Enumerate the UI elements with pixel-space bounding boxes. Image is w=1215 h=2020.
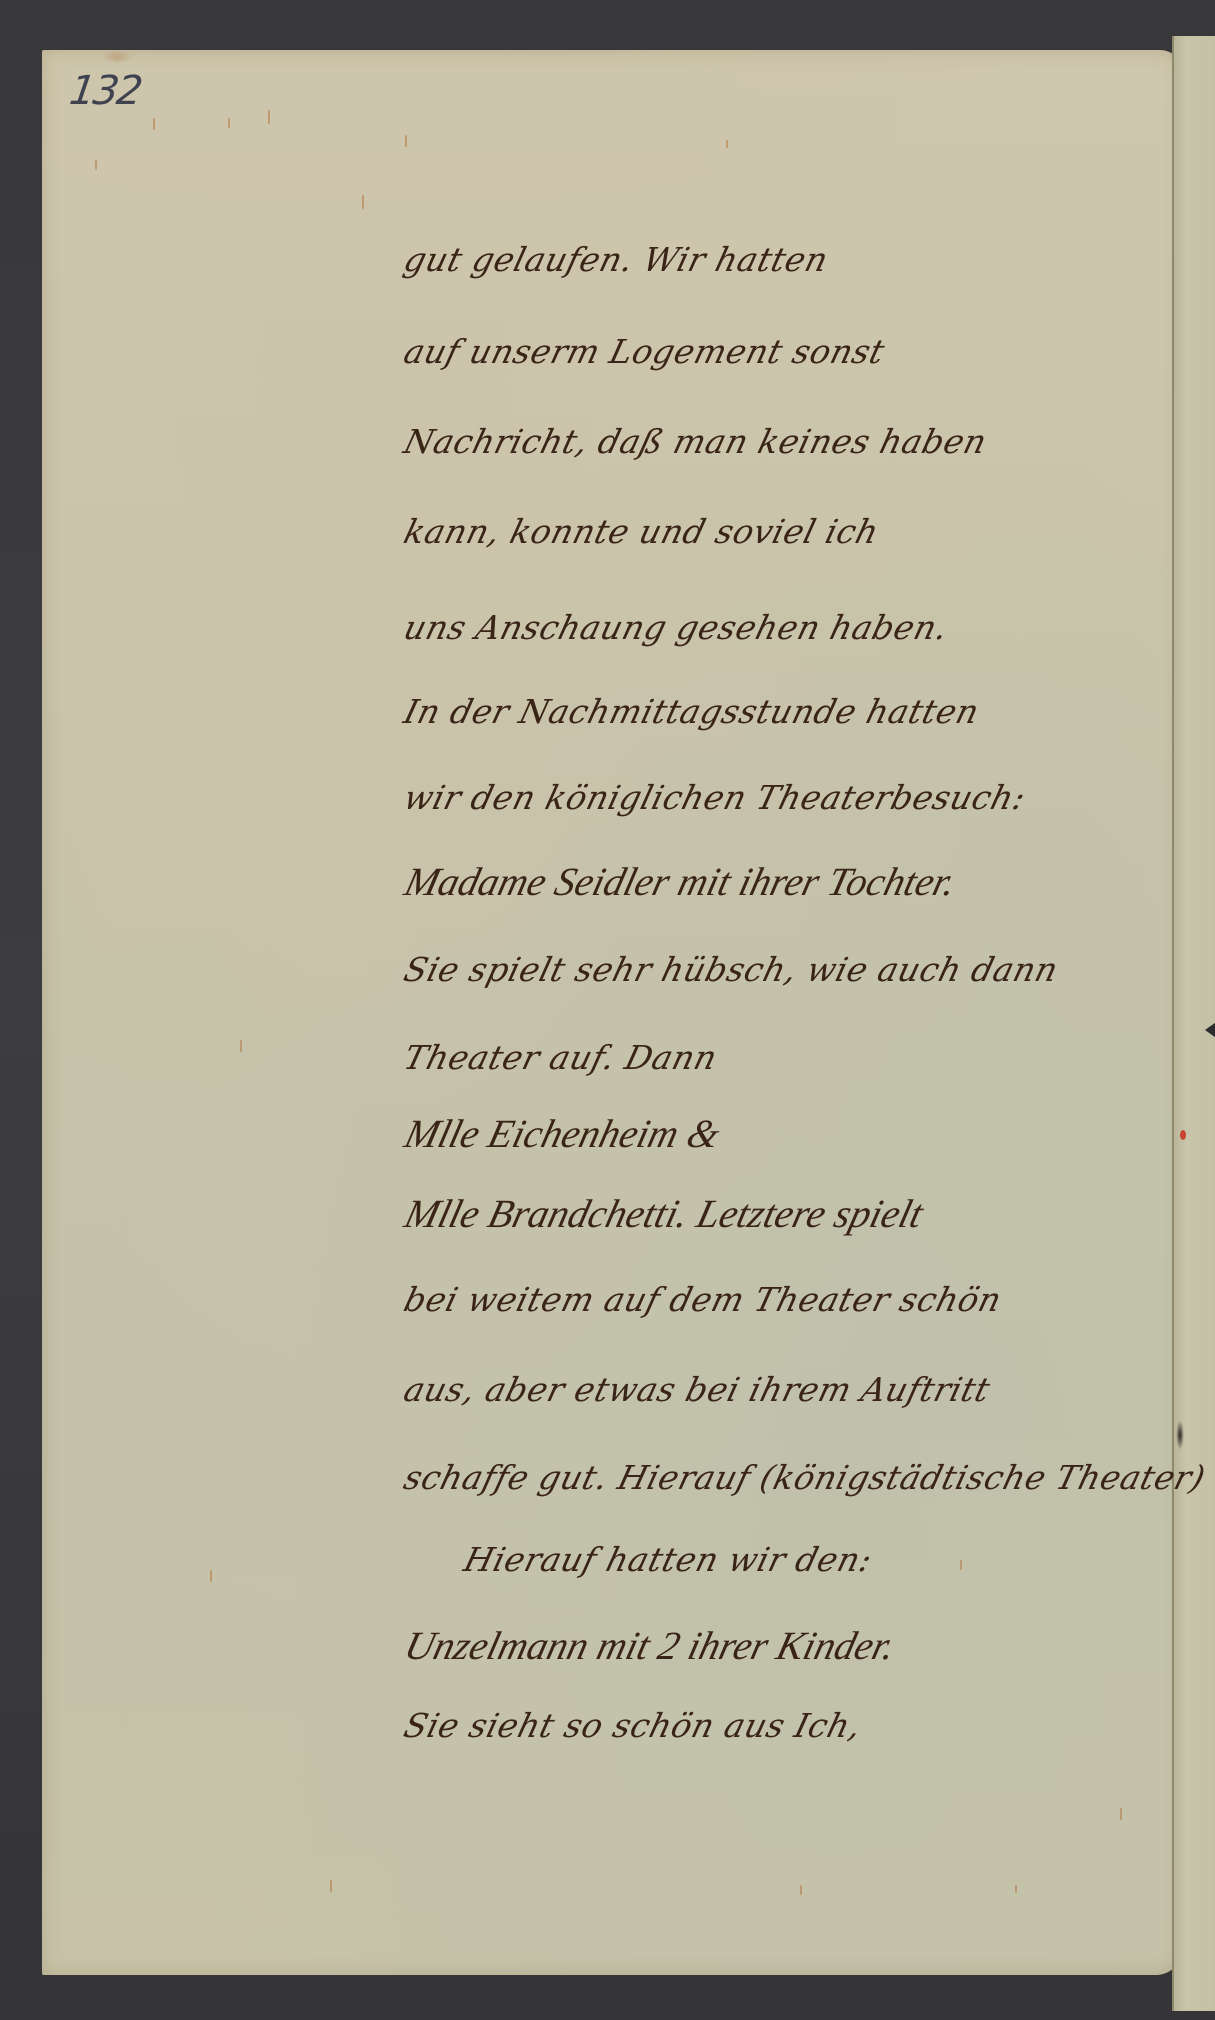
paper-fiber [960,1560,962,1570]
text-line-name: Mlle Brandchetti. Letztere spielt [400,1190,928,1237]
text-line: gut gelaufen. Wir hatten [400,240,832,279]
text-line: aus, aber etwas bei ihrem Auftritt [400,1370,994,1409]
text-line: uns Anschaung gesehen haben. [400,608,952,647]
text-line: Hierauf hatten wir den: [460,1540,876,1579]
text-line: auf unserm Logement sonst [400,332,889,371]
paper-fiber [95,160,97,170]
text-line: Nachricht, daß man keines haben [400,422,991,461]
paper-fiber [268,110,270,124]
text-line-name: Mlle Eichenheim & [400,1110,725,1157]
red-seal-mark [1180,1130,1186,1140]
paper-fiber [153,118,155,130]
text-line: Sie spielt sehr hübsch, wie auch dann [400,950,1062,989]
binding-gutter [1172,36,1174,2011]
paper-fiber [210,1570,212,1582]
paper-fiber [800,1885,802,1895]
paper-fiber [330,1880,332,1892]
text-line: schaffe gut. Hierauf (königstädtische Th… [400,1458,1209,1497]
paper-fiber [726,140,728,148]
text-line: wir den königlichen Theaterbesuch: [400,778,1030,817]
paper-fiber [228,118,230,128]
paper-fiber [405,135,407,147]
text-line: Theater auf. Dann [400,1038,721,1077]
paper-fiber [1120,1808,1122,1820]
ink-blot [1176,1420,1184,1450]
text-line: Sie sieht so schön aus Ich, [400,1706,866,1745]
binding-clip-icon [1205,1020,1215,1040]
paper-fiber [362,195,364,209]
text-line-name: Madame Seidler mit ihrer Tochter. [400,858,961,905]
text-line-name: Unzelmann mit 2 ihrer Kinder. [400,1622,900,1669]
text-line: bei weitem auf dem Theater schön [400,1280,1006,1319]
paper-fiber [240,1040,242,1052]
paper-fiber [1015,1885,1017,1893]
folio-number: 132 [67,68,144,114]
text-line: kann, konnte und soviel ich [400,512,883,551]
text-line: In der Nachmittagsstunde hatten [400,692,983,731]
